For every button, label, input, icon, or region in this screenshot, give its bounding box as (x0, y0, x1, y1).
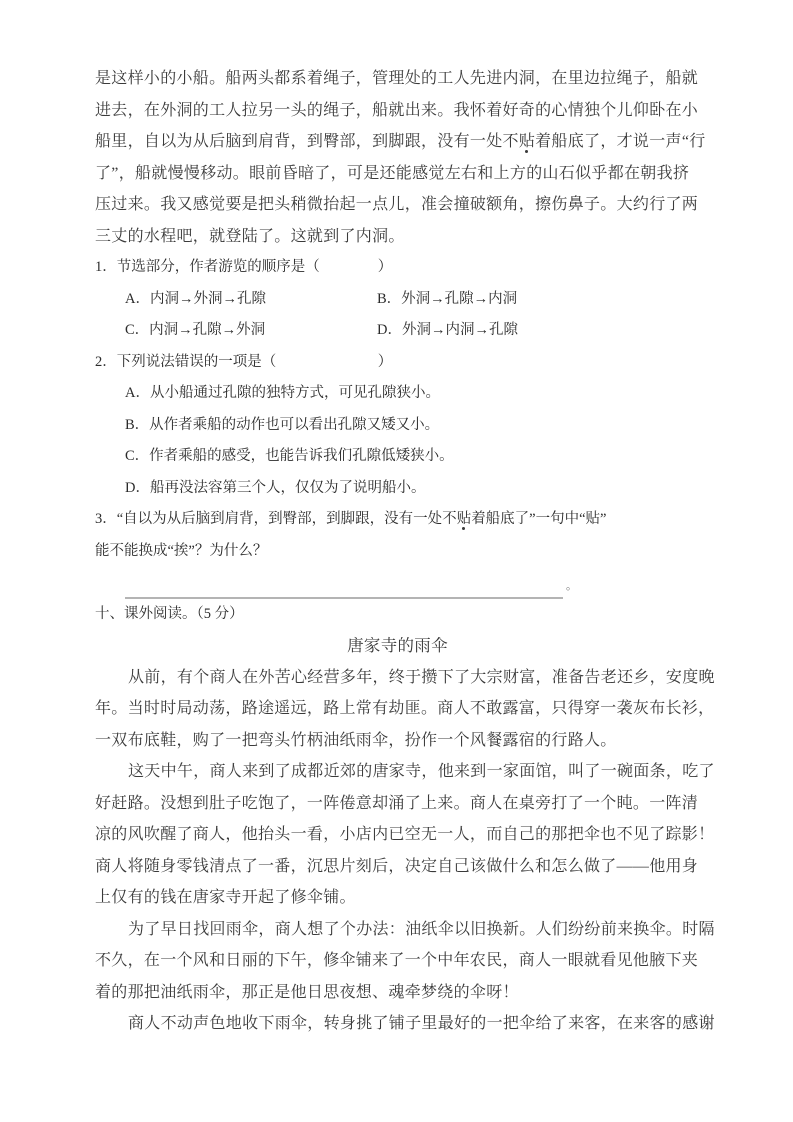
question-text: 3．“自以为从后脑到肩背，到臀部，到脚跟，没有一处不 (95, 511, 457, 527)
question-3: 3．“自以为从后脑到肩背，到臀部，到脚跟，没有一处不贴着船底了”一句中“贴” 能… (95, 504, 700, 599)
emphasized-char: 贴 (457, 511, 472, 527)
section-10-header: 十、课外阅读。（5 分） (95, 599, 700, 631)
option-d: D．船再没法容第三个人，仅仅为了说明船小。 (95, 473, 700, 505)
passage-excerpt: 是这样小的小船。船两头都系着绳子，管理处的工人先进内洞，在里边拉绳子，船就 进去… (95, 63, 700, 252)
story-line: 这天中午，商人来到了成都近郊的唐家寺，他来到一家面馆，叫了一碗面条，吃了 (95, 756, 700, 788)
story-line: 上仅有的钱在唐家寺开起了修伞铺。 (95, 882, 700, 914)
passage-line: 压过来。我又感觉要是把头稍微抬起一点儿，准会撞破额角，擦伤鼻子。大约行了两 (95, 189, 700, 221)
option-d: D．外洞→内洞→孔隙 (377, 315, 518, 347)
exam-page: 是这样小的小船。船两头都系着绳子，管理处的工人先进内洞，在里边拉绳子，船就 进去… (0, 0, 793, 1122)
story-line: 为了早日找回雨伞，商人想了个办法：油纸伞以旧换新。人们纷纷前来换伞。时隔 (95, 914, 700, 946)
question-1-stem: 1．节选部分，作者游览的顺序是（ ） (95, 252, 700, 284)
question-2: 2．下列说法错误的一项是（ ） A．从小船通过孔隙的独特方式，可见孔隙狭小。 B… (95, 347, 700, 505)
story-line: 年。当时时局动荡，路途遥远，路上常有劫匪。商人不敢露富，只得穿一袭灰布长衫， (95, 693, 700, 725)
question-1-options-row-1: A．内洞→外洞→孔隙 B．外洞→孔隙→内洞 (95, 284, 700, 316)
option-c: C．内洞→孔隙→外洞 (125, 315, 377, 347)
option-a: A．从小船通过孔隙的独特方式，可见孔隙狭小。 (95, 378, 700, 410)
question-3-stem-line-2: 能不能换成“挨”？为什么？ (95, 536, 700, 568)
question-2-stem: 2．下列说法错误的一项是（ ） (95, 347, 700, 379)
story-title: 唐家寺的雨伞 (95, 630, 700, 662)
option-b: B．外洞→孔隙→内洞 (377, 284, 517, 316)
passage-line: 了”，船就慢慢移动。眼前昏暗了，可是还能感觉左右和上方的山石似乎都在朝我挤 (95, 158, 700, 190)
story-line: 凉的风吹醒了商人，他抬头一看，小店内已空无一人，而自己的那把伞也不见了踪影！ (95, 819, 700, 851)
passage-line: 进去，在外洞的工人拉另一头的绳子，船就出来。我怀着好奇的心情独个儿仰卧在小 (95, 95, 700, 127)
story-line: 商人不动声色地收下雨伞，转身挑了铺子里最好的一把伞给了来客，在来客的感谢 (95, 1008, 700, 1040)
story-line: 好赶路。没想到肚子吃饱了，一阵倦意却涌了上来。商人在桌旁打了一个盹。一阵清 (95, 788, 700, 820)
option-a: A．内洞→外洞→孔隙 (125, 284, 377, 316)
answer-blank[interactable] (125, 575, 563, 599)
option-c: C．作者乘船的感受，也能告诉我们孔隙低矮狭小。 (95, 441, 700, 473)
question-1-options-row-2: C．内洞→孔隙→外洞 D．外洞→内洞→孔隙 (95, 315, 700, 347)
story-line: 不久，在一个风和日丽的下午，修伞铺来了一个中年农民，商人一眼就看见他腋下夹 (95, 945, 700, 977)
story-line: 着的那把油纸雨伞，那正是他日思夜想、魂牵梦绕的伞呀！ (95, 977, 700, 1009)
option-b: B．从作者乘船的动作也可以看出孔隙又矮又小。 (95, 410, 700, 442)
question-1: 1．节选部分，作者游览的顺序是（ ） A．内洞→外洞→孔隙 B．外洞→孔隙→内洞… (95, 252, 700, 347)
story-line: 一双布底鞋，购了一把弯头竹柄油纸雨伞，扮作一个风餐露宿的行路人。 (95, 725, 700, 757)
passage-text: 船里，自以为从后脑到肩背，到臀部，到脚跟，没有一处不 (95, 133, 519, 150)
answer-period: 。 (566, 573, 577, 599)
passage-line: 是这样小的小船。船两头都系着绳子，管理处的工人先进内洞，在里边拉绳子，船就 (95, 63, 700, 95)
passage-text: 着船底了，才说一声“行 (535, 133, 705, 150)
passage-line: 三丈的水程吧，就登陆了。这就到了内洞。 (95, 221, 700, 253)
story: 唐家寺的雨伞 从前，有个商人在外苦心经营多年，终于攒下了大宗财富，准备告老还乡，… (95, 630, 700, 1040)
story-line: 从前，有个商人在外苦心经营多年，终于攒下了大宗财富，准备告老还乡，安度晚 (95, 662, 700, 694)
question-3-stem-line-1: 3．“自以为从后脑到肩背，到臀部，到脚跟，没有一处不贴着船底了”一句中“贴” (95, 504, 700, 536)
emphasized-char: 贴 (519, 133, 535, 150)
question-3-answer-row: 。 (95, 567, 700, 599)
question-text: 着船底了”一句中“贴” (471, 511, 606, 527)
passage-line: 船里，自以为从后脑到肩背，到臀部，到脚跟，没有一处不贴着船底了，才说一声“行 (95, 126, 700, 158)
story-line: 商人将随身零钱清点了一番，沉思片刻后，决定自己该做什么和怎么做了——他用身 (95, 851, 700, 883)
